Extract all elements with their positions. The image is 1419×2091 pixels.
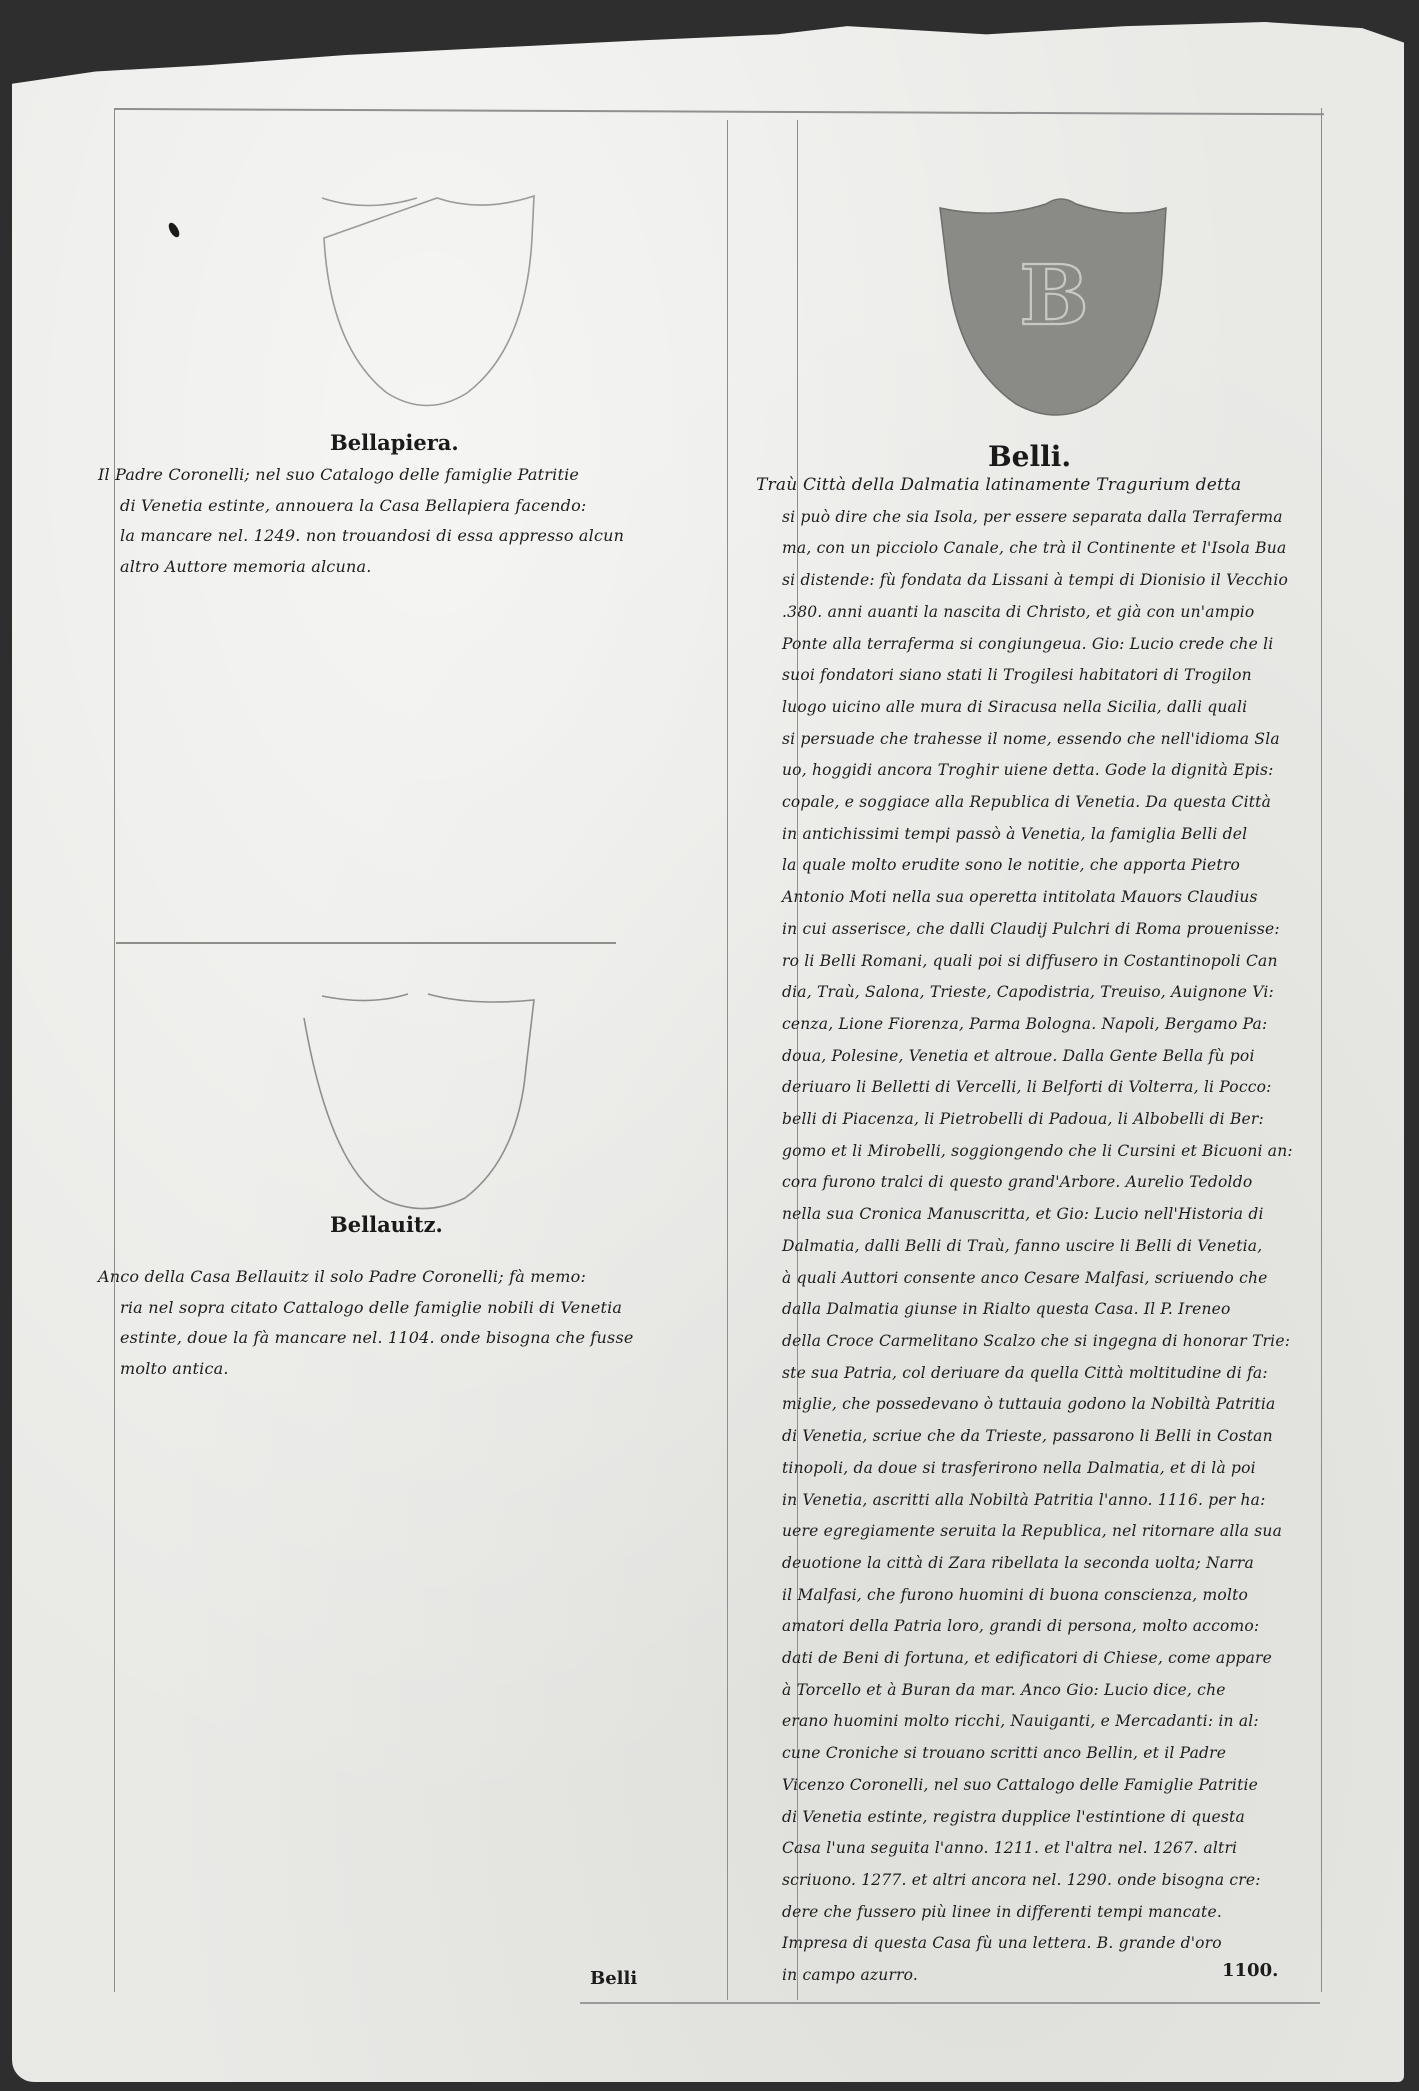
text-line: cune Croniche si trouano scritti anco Be… bbox=[756, 1738, 1326, 1770]
text-line: della Croce Carmelitano Scalzo che si in… bbox=[756, 1326, 1326, 1358]
text-line: si può dire che sia Isola, per essere se… bbox=[756, 502, 1326, 534]
text-line: di Venetia, scriue che da Trieste, passa… bbox=[756, 1421, 1326, 1453]
text-line: uo, hoggidi ancora Troghir uiene detta. … bbox=[756, 755, 1326, 787]
text-line: Ponte alla terraferma si congiungeua. Gi… bbox=[756, 629, 1326, 661]
text-line: in antichissimi tempi passò à Venetia, l… bbox=[756, 819, 1326, 851]
text-line: ste sua Patria, col deriuare da quella C… bbox=[756, 1358, 1326, 1390]
text-line: nella sua Cronica Manuscritta, et Gio: L… bbox=[756, 1199, 1326, 1231]
text-line: dere che fussero più linee in differenti… bbox=[756, 1897, 1326, 1929]
text-line: suoi fondatori siano stati li Trogilesi … bbox=[756, 660, 1326, 692]
page-number: 1100. bbox=[1222, 1960, 1278, 1981]
coat-of-arms-belli-icon: B bbox=[936, 194, 1172, 424]
text-line: belli di Piacenza, li Pietrobelli di Pad… bbox=[756, 1104, 1326, 1136]
text-line: dati de Beni di fortuna, et edificatori … bbox=[756, 1643, 1326, 1675]
text-line: la quale molto erudite sono le notitie, … bbox=[756, 850, 1326, 882]
coat-of-arms-bellauitz-icon bbox=[290, 978, 540, 1218]
text-line: Anco della Casa Bellauitz il solo Padre … bbox=[98, 1262, 718, 1293]
text-line: copale, e soggiace alla Republica di Ven… bbox=[756, 787, 1326, 819]
text-line: tinopoli, da doue si trasferirono nella … bbox=[756, 1453, 1326, 1485]
text-line: di Venetia estinte, registra dupplice l'… bbox=[756, 1802, 1326, 1834]
text-line: Vicenzo Coronelli, nel suo Cattalogo del… bbox=[756, 1770, 1326, 1802]
text-line: si distende: fù fondata da Lissani à tem… bbox=[756, 565, 1326, 597]
text-line: gomo et li Mirobelli, soggiongendo che l… bbox=[756, 1136, 1326, 1168]
text-line: la mancare nel. 1249. non trouandosi di … bbox=[98, 521, 718, 552]
text-line: erano huomini molto ricchi, Nauiganti, e… bbox=[756, 1706, 1326, 1738]
frame-bottom-rule bbox=[580, 2002, 1320, 2004]
entry-text-bellauitz: Anco della Casa Bellauitz il solo Padre … bbox=[98, 1262, 718, 1384]
text-line: Impresa di questa Casa fù una lettera. B… bbox=[756, 1928, 1326, 1960]
text-line: ria nel sopra citato Cattalogo delle fam… bbox=[98, 1293, 718, 1324]
entry-divider bbox=[116, 942, 616, 944]
entry-text-bellapiera: Il Padre Coronelli; nel suo Catalogo del… bbox=[98, 460, 718, 582]
text-line: scriuono. 1277. et altri ancora nel. 129… bbox=[756, 1865, 1326, 1897]
column-rule-left bbox=[727, 120, 728, 2000]
text-line: di Venetia estinte, annouera la Casa Bel… bbox=[98, 491, 718, 522]
text-line: Antonio Moti nella sua operetta intitola… bbox=[756, 882, 1326, 914]
text-line: cora furono tralci di questo grand'Arbor… bbox=[756, 1167, 1326, 1199]
text-line: à quali Auttori consente anco Cesare Mal… bbox=[756, 1263, 1326, 1295]
text-line: altro Auttore memoria alcuna. bbox=[98, 552, 718, 583]
text-line: dia, Traù, Salona, Trieste, Capodistria,… bbox=[756, 977, 1326, 1009]
entry-title-bellauitz: Bellauitz. bbox=[330, 1212, 443, 1237]
text-line: .380. anni auanti la nascita di Christo,… bbox=[756, 597, 1326, 629]
text-line: miglie, che possedevano ò tuttauia godon… bbox=[756, 1389, 1326, 1421]
text-line: ma, con un picciolo Canale, che trà il C… bbox=[756, 533, 1326, 565]
svg-text:B: B bbox=[1019, 248, 1088, 344]
text-line: deuotione la città di Zara ribellata la … bbox=[756, 1548, 1326, 1580]
text-line: cenza, Lione Fiorenza, Parma Bologna. Na… bbox=[756, 1009, 1326, 1041]
text-line: à Torcello et à Buran da mar. Anco Gio: … bbox=[756, 1675, 1326, 1707]
text-line: Traù Città della Dalmatia latinamente Tr… bbox=[756, 470, 1326, 502]
text-line: uere egregiamente seruita la Republica, … bbox=[756, 1516, 1326, 1548]
text-line: molto antica. bbox=[98, 1354, 718, 1385]
text-line: dalla Dalmatia giunse in Rialto questa C… bbox=[756, 1294, 1326, 1326]
text-line: doua, Polesine, Venetia et altroue. Dall… bbox=[756, 1041, 1326, 1073]
entry-text-belli: Traù Città della Dalmatia latinamente Tr… bbox=[756, 470, 1326, 1992]
entry-title-bellapiera: Bellapiera. bbox=[330, 430, 459, 455]
text-line: estinte, doue la fà mancare nel. 1104. o… bbox=[98, 1323, 718, 1354]
text-line: in Venetia, ascritti alla Nobiltà Patrit… bbox=[756, 1485, 1326, 1517]
text-line: Casa l'una seguita l'anno. 1211. et l'al… bbox=[756, 1833, 1326, 1865]
catchword: Belli bbox=[590, 1968, 637, 1989]
text-line: il Malfasi, che furono huomini di buona … bbox=[756, 1580, 1326, 1612]
text-line: luogo uicino alle mura di Siracusa nella… bbox=[756, 692, 1326, 724]
text-line: si persuade che trahesse il nome, essend… bbox=[756, 724, 1326, 756]
text-line: in cui asserisce, che dalli Claudij Pulc… bbox=[756, 914, 1326, 946]
text-line: Il Padre Coronelli; nel suo Catalogo del… bbox=[98, 460, 718, 491]
text-line: Dalmatia, dalli Belli di Traù, fanno usc… bbox=[756, 1231, 1326, 1263]
coat-of-arms-bellapiera-icon bbox=[312, 178, 542, 418]
text-line: amatori della Patria loro, grandi di per… bbox=[756, 1611, 1326, 1643]
entry-title-belli: Belli. bbox=[988, 440, 1071, 473]
text-line: ro li Belli Romani, quali poi si diffuse… bbox=[756, 946, 1326, 978]
text-line: deriuaro li Belletti di Vercelli, li Bel… bbox=[756, 1072, 1326, 1104]
